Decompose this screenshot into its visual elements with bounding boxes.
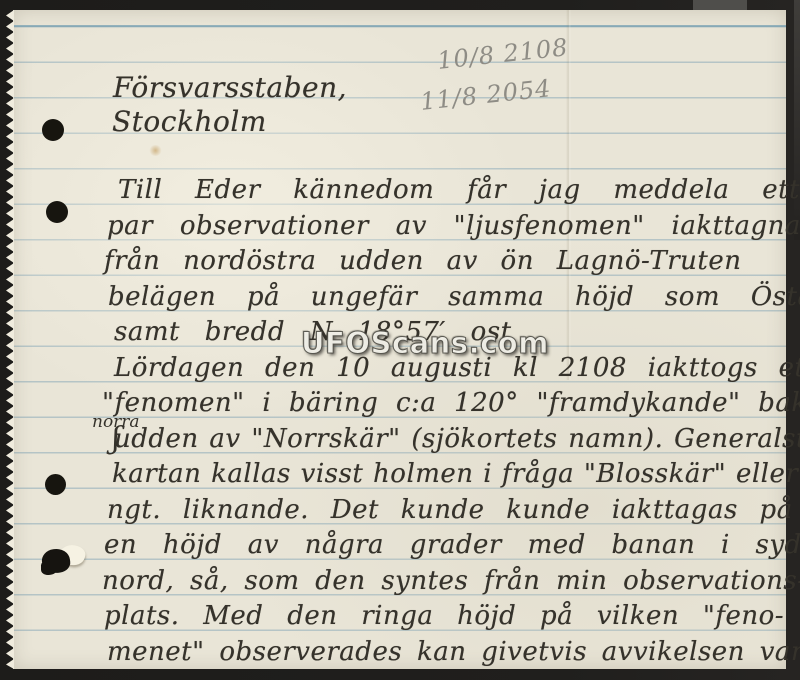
punch-hole xyxy=(42,119,64,141)
handwritten-line: Till Eder kännedom får jag meddela ett xyxy=(118,177,800,203)
recipient-line: Stockholm xyxy=(112,108,267,136)
punch-hole xyxy=(46,201,68,223)
paper-stain xyxy=(149,145,162,156)
document-scan: 10/8 2108 11/8 2054 Försvarsstaben, Stoc… xyxy=(0,0,800,680)
handwritten-line: kartan kallas visst holmen i fråga "Blos… xyxy=(112,461,798,487)
recipient-line: Försvarsstaben, xyxy=(113,74,347,102)
perforated-edge xyxy=(5,10,14,669)
handwritten-line: ngt. liknande. Det kunde kunde iakttagas… xyxy=(107,497,793,523)
handwritten-line: menet" observerades kan givetvis avvikel… xyxy=(107,639,800,665)
watermark: UFOScans.com xyxy=(301,329,549,358)
handwritten-line: par observationer av "ljusfenomen" iaktt… xyxy=(107,213,800,239)
handwritten-line: nord, så, som den syntes från min observ… xyxy=(102,568,800,594)
insertion-caret-mark: ʃ xyxy=(112,424,120,454)
handwritten-line: en höjd av några grader med banan i syd- xyxy=(104,532,800,558)
handwritten-line: från nordöstra udden av ön Lagnö-Truten xyxy=(104,248,741,274)
punch-hole xyxy=(45,474,66,495)
handwritten-line: belägen på ungefär samma höjd som Östanå xyxy=(108,284,800,310)
handwritten-line: plats. Med den ringa höjd på vilken "fen… xyxy=(104,603,784,629)
handwritten-line: "fenomen" i bäring c:a 120° "framdykande… xyxy=(102,390,800,416)
handwritten-line: udden av "Norrskär" (sjökortets namn). G… xyxy=(114,426,800,452)
top-ruled-line xyxy=(13,25,786,27)
